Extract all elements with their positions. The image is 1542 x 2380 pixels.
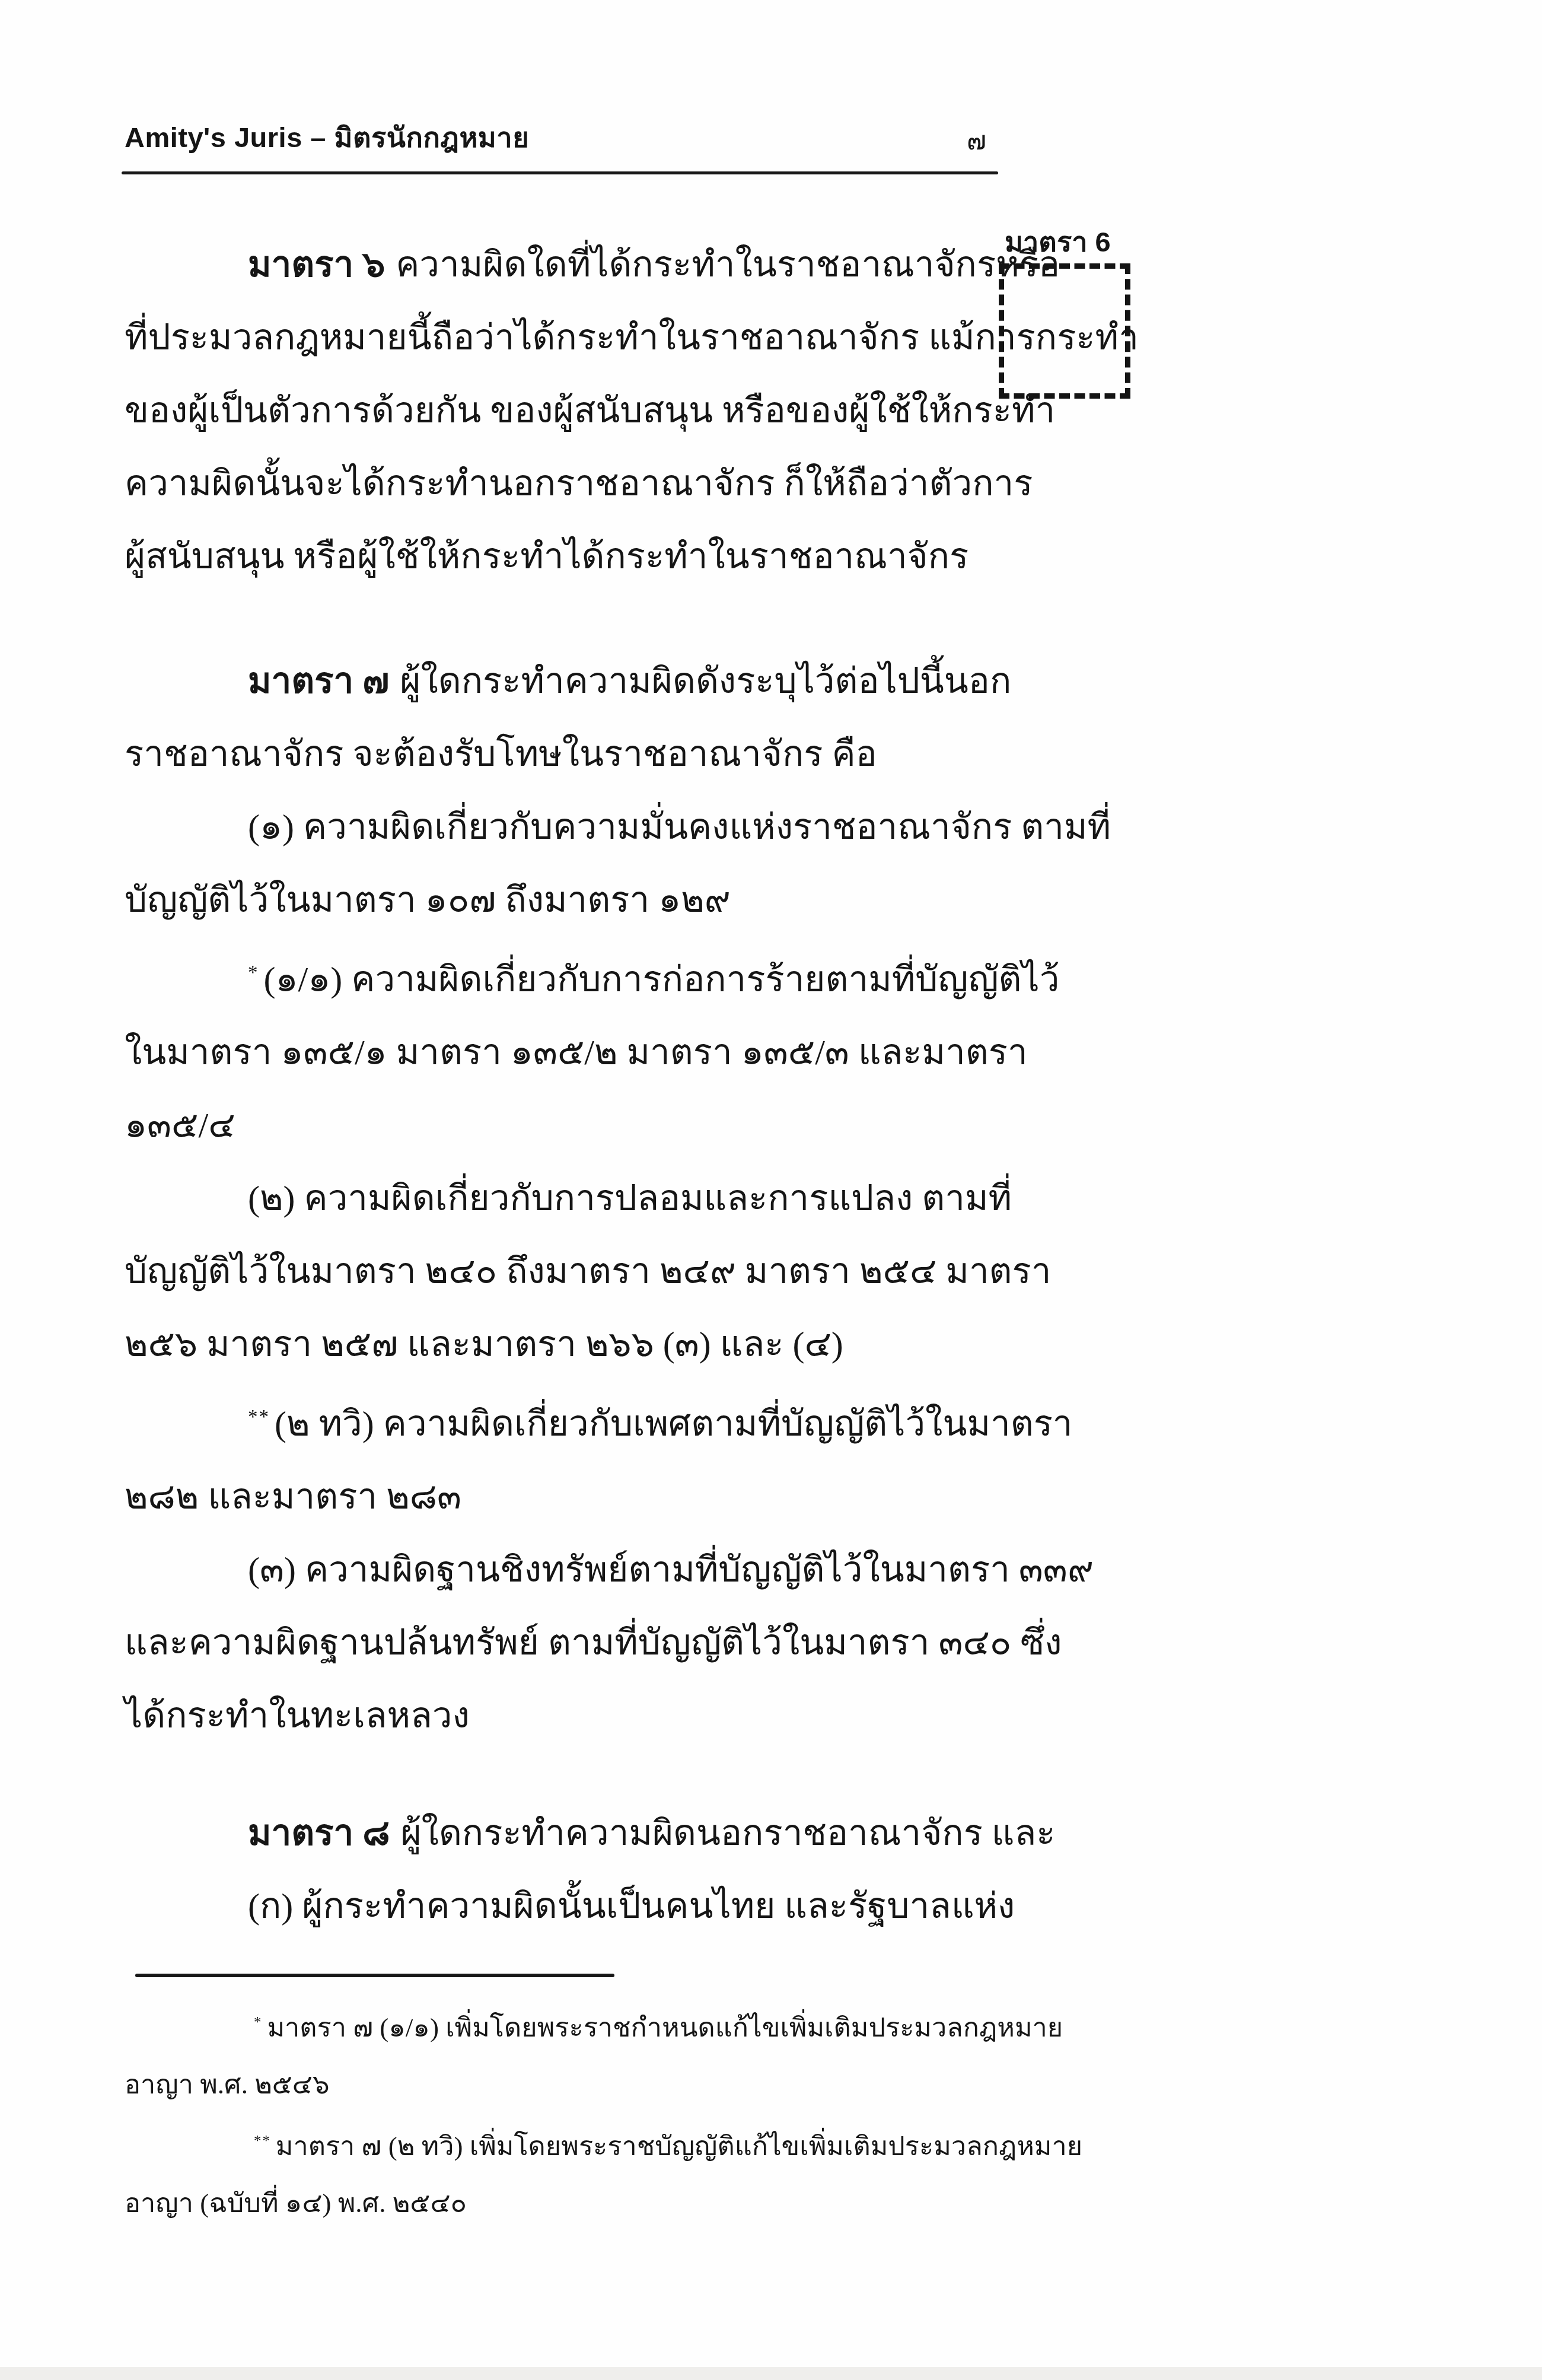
- footnote-marker: *: [254, 2015, 262, 2031]
- text-line: ๒๘๒ และมาตรา ๒๘๓: [125, 1461, 996, 1533]
- page-title: Amity's Juris – มิตรนักกฎหมาย: [125, 115, 529, 160]
- line-text: ผู้ใดกระทำความผิดดังระบุไว้ต่อไปนี้นอก: [400, 661, 1011, 701]
- text-line: ๒๕๖ มาตรา ๒๕๗ และมาตรา ๒๖๖ (๓) และ (๔): [125, 1308, 996, 1381]
- text-line: ได้กระทำในทะเลหลวง: [125, 1679, 996, 1752]
- line-text: อาญา พ.ศ. ๒๕๔๖: [125, 2070, 329, 2099]
- text-line: (ก) ผู้กระทำความผิดนั้นเป็นคนไทย และรัฐบ…: [125, 1870, 996, 1943]
- footnote-line: *มาตรา ๗ (๑/๑) เพิ่มโดยพระราชกำหนดแก้ไขเ…: [125, 1994, 1026, 2056]
- text-line: มาตรา ๖ความผิดใดที่ได้กระทำในราชอาณาจักร…: [125, 228, 996, 301]
- text-line: (๓) ความผิดฐานชิงทรัพย์ตามที่บัญญัติไว้ใ…: [125, 1533, 996, 1606]
- line-text: (ก) ผู้กระทำความผิดนั้นเป็นคนไทย และรัฐบ…: [248, 1886, 1015, 1926]
- footnote-line: **มาตรา ๗ (๒ ทวิ) เพิ่มโดยพระราชบัญญัติแ…: [125, 2113, 1026, 2175]
- footnote-marker: *: [248, 962, 259, 984]
- text-line: **(๒ ทวิ) ความผิดเกี่ยวกับเพศตามที่บัญญั…: [125, 1381, 996, 1461]
- section-number: มาตรา ๗: [248, 661, 389, 701]
- text-line: มาตรา ๗ผู้ใดกระทำความผิดดังระบุไว้ต่อไปน…: [125, 645, 996, 718]
- scan-edge-artifact: [0, 2367, 1542, 2380]
- line-text: (๒ ทวิ) ความผิดเกี่ยวกับเพศตามที่บัญญัติ…: [275, 1404, 1073, 1443]
- line-text: ที่ประมวลกฎหมายนี้ถือว่าได้กระทำในราชอาณ…: [125, 318, 1139, 357]
- line-text: มาตรา ๗ (๑/๑) เพิ่มโดยพระราชกำหนดแก้ไขเพ…: [267, 2013, 1063, 2042]
- line-text: ๒๕๖ มาตรา ๒๕๗ และมาตรา ๒๖๖ (๓) และ (๔): [125, 1325, 843, 1364]
- footnote-line: อาญา พ.ศ. ๒๕๔๖: [125, 2056, 1026, 2113]
- text-line: ความผิดนั้นจะได้กระทำนอกราชอาณาจักร ก็ให…: [125, 447, 996, 520]
- text-line: *(๑/๑) ความผิดเกี่ยวกับการก่อการร้ายตามท…: [125, 937, 996, 1016]
- text-line: ในมาตรา ๑๓๕/๑ มาตรา ๑๓๕/๒ มาตรา ๑๓๕/๓ แล…: [125, 1016, 996, 1089]
- text-line: และความผิดฐานปล้นทรัพย์ ตามที่บัญญัติไว้…: [125, 1606, 996, 1679]
- text-line: บัญญัติไว้ในมาตรา ๑๐๗ ถึงมาตรา ๑๒๙: [125, 864, 996, 937]
- line-text: (๑/๑) ความผิดเกี่ยวกับการก่อการร้ายตามที…: [264, 960, 1060, 999]
- line-text: ผู้สนับสนุน หรือผู้ใช้ให้กระทำได้กระทำใน…: [125, 537, 968, 576]
- line-text: ผู้ใดกระทำความผิดนอกราชอาณาจักร และ: [400, 1813, 1055, 1853]
- text-line: บัญญัติไว้ในมาตรา ๒๔๐ ถึงมาตรา ๒๔๙ มาตรา…: [125, 1235, 996, 1308]
- line-text: ของผู้เป็นตัวการด้วยกัน ของผู้สนับสนุน ห…: [125, 391, 1055, 430]
- footnote-separator: [135, 1974, 614, 1977]
- line-text: ได้กระทำในทะเลหลวง: [125, 1696, 470, 1735]
- page-number: ๗: [967, 120, 986, 161]
- line-text: (๓) ความผิดฐานชิงทรัพย์ตามที่บัญญัติไว้ใ…: [248, 1550, 1094, 1589]
- line-text: ความผิดนั้นจะได้กระทำนอกราชอาณาจักร ก็ให…: [125, 464, 1033, 503]
- line-text: บัญญัติไว้ในมาตรา ๑๐๗ ถึงมาตรา ๑๒๙: [125, 880, 731, 919]
- text-line: (๒) ความผิดเกี่ยวกับการปลอมและการแปลง ตา…: [125, 1162, 996, 1235]
- line-text: ๑๓๕/๔: [125, 1106, 235, 1145]
- text-line: ราชอาณาจักร จะต้องรับโทษในราชอาณาจักร คื…: [125, 718, 996, 791]
- line-text: ความผิดใดที่ได้กระทำในราชอาณาจักรหรือ: [396, 245, 1060, 284]
- scanned-book-page: Amity's Juris – มิตรนักกฎหมาย ๗ มาตรา 6 …: [0, 0, 1542, 2380]
- header-rule: [122, 171, 998, 174]
- line-text: (๑) ความผิดเกี่ยวกับความมั่นคงแห่งราชอาณ…: [248, 807, 1111, 847]
- line-text: บัญญัติไว้ในมาตรา ๒๔๐ ถึงมาตรา ๒๔๙ มาตรา…: [125, 1252, 1051, 1291]
- section-number: มาตรา ๘: [248, 1813, 390, 1853]
- line-text: ราชอาณาจักร จะต้องรับโทษในราชอาณาจักร คื…: [125, 734, 877, 774]
- text-line: (๑) ความผิดเกี่ยวกับความมั่นคงแห่งราชอาณ…: [125, 791, 996, 864]
- line-text: ๒๘๒ และมาตรา ๒๘๓: [125, 1477, 461, 1516]
- footnote-line: อาญา (ฉบับที่ ๑๔) พ.ศ. ๒๕๔๐: [125, 2175, 1026, 2232]
- line-text: อาญา (ฉบับที่ ๑๔) พ.ศ. ๒๕๔๐: [125, 2188, 467, 2218]
- body-text: มาตรา ๖ความผิดใดที่ได้กระทำในราชอาณาจักร…: [125, 228, 996, 1943]
- text-line: มาตรา ๘ผู้ใดกระทำความผิดนอกราชอาณาจักร แ…: [125, 1797, 996, 1870]
- section-number: มาตรา ๖: [248, 245, 385, 284]
- line-text: มาตรา ๗ (๒ ทวิ) เพิ่มโดยพระราชบัญญัติแก้…: [276, 2131, 1082, 2161]
- text-line: ของผู้เป็นตัวการด้วยกัน ของผู้สนับสนุน ห…: [125, 374, 996, 447]
- footnote-marker: **: [254, 2133, 271, 2149]
- footnotes: *มาตรา ๗ (๑/๑) เพิ่มโดยพระราชกำหนดแก้ไขเ…: [125, 1994, 1026, 2232]
- line-text: ในมาตรา ๑๓๕/๑ มาตรา ๑๓๕/๒ มาตรา ๑๓๕/๓ แล…: [125, 1033, 1028, 1072]
- line-text: (๒) ความผิดเกี่ยวกับการปลอมและการแปลง ตา…: [248, 1179, 1012, 1218]
- text-line: ๑๓๕/๔: [125, 1089, 996, 1162]
- line-text: และความผิดฐานปล้นทรัพย์ ตามที่บัญญัติไว้…: [125, 1623, 1062, 1662]
- text-line: ที่ประมวลกฎหมายนี้ถือว่าได้กระทำในราชอาณ…: [125, 301, 996, 374]
- footnote-marker: **: [248, 1407, 270, 1428]
- text-line: ผู้สนับสนุน หรือผู้ใช้ให้กระทำได้กระทำใน…: [125, 520, 996, 593]
